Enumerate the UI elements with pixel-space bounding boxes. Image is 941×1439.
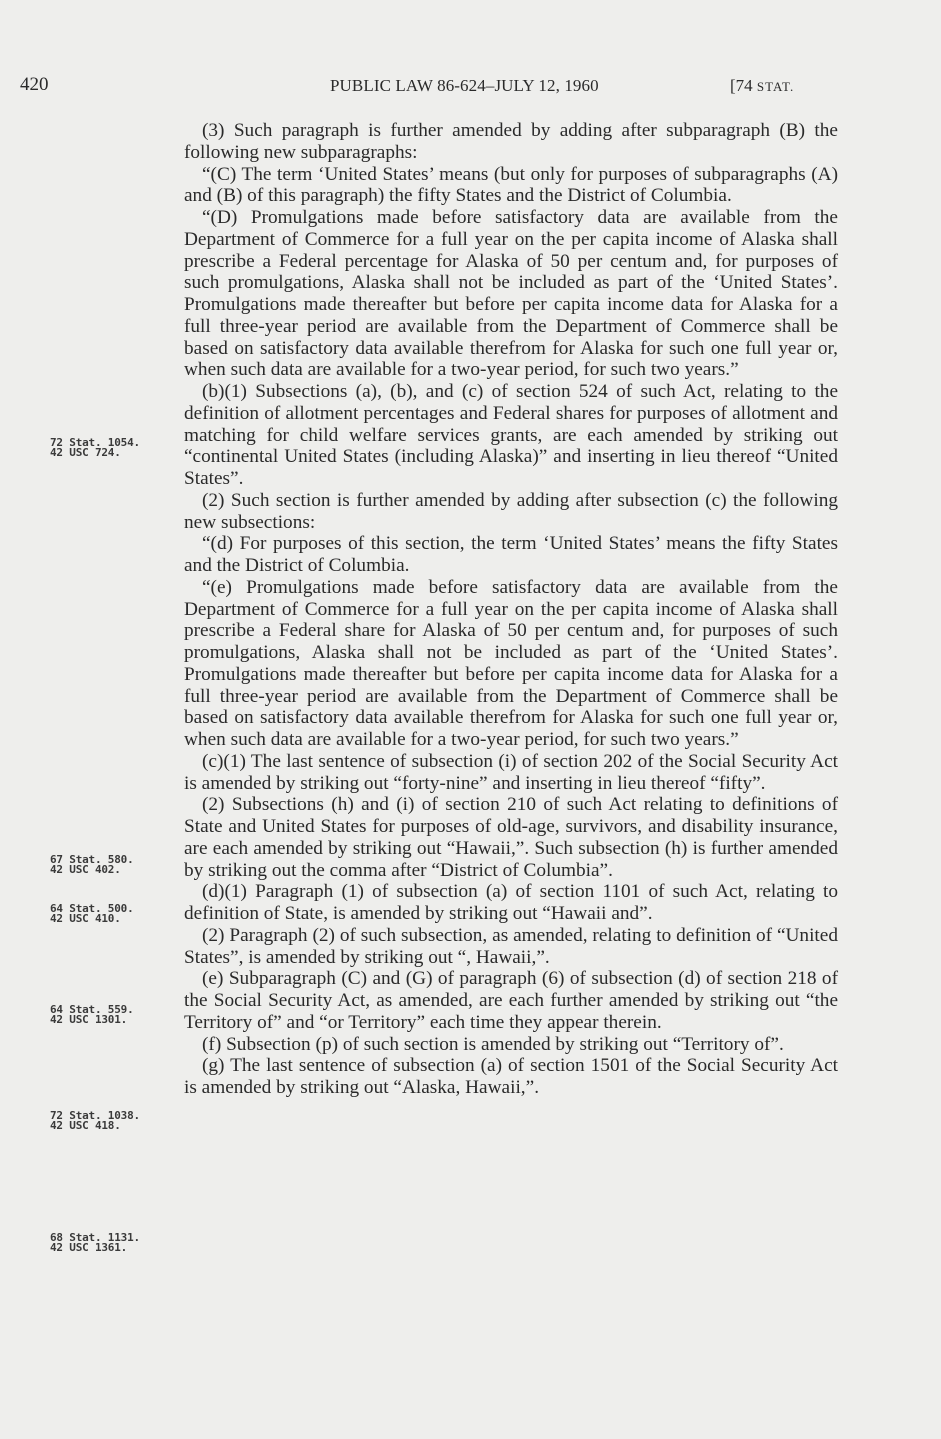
usc-citation: 42 USC 724. — [50, 448, 140, 458]
paragraph: (2) Paragraph (2) of such subsection, as… — [184, 925, 838, 969]
usc-citation: 42 USC 410. — [50, 914, 134, 924]
usc-citation: 42 USC 418. — [50, 1121, 140, 1131]
page-number: 420 — [20, 74, 49, 96]
paragraph: (g) The last sentence of subsection (a) … — [184, 1055, 838, 1099]
page-header: 420 PUBLIC LAW 86-624–JULY 12, 1960 [74 … — [0, 74, 941, 102]
margin-citation: 72 Stat. 1054. 42 USC 724. — [50, 438, 140, 458]
margin-citation: 68 Stat. 1131. 42 USC 1361. — [50, 1233, 140, 1253]
paragraph: (2) Subsections (h) and (i) of section 2… — [184, 794, 838, 881]
usc-citation: 42 USC 1361. — [50, 1243, 140, 1253]
usc-citation: 42 USC 402. — [50, 865, 134, 875]
paragraph: (c)(1) The last sentence of subsection (… — [184, 751, 838, 795]
usc-citation: 42 USC 1301. — [50, 1015, 134, 1025]
margin-citation: 64 Stat. 500. 42 USC 410. — [50, 904, 134, 924]
paragraph: (e) Subparagraph (C) and (G) of paragrap… — [184, 968, 838, 1033]
volume-prefix: [74 — [730, 76, 757, 95]
paragraph: (2) Such section is further amended by a… — [184, 490, 838, 534]
paragraph: (3) Such paragraph is further amended by… — [184, 120, 838, 164]
document-page: 420 PUBLIC LAW 86-624–JULY 12, 1960 [74 … — [0, 0, 941, 1439]
paragraph: “(C) The term ‘United States’ means (but… — [184, 164, 838, 208]
paragraph: (f) Subsection (p) of such section is am… — [184, 1034, 838, 1056]
running-title: PUBLIC LAW 86-624–JULY 12, 1960 — [330, 76, 599, 96]
margin-citation: 64 Stat. 559. 42 USC 1301. — [50, 1005, 134, 1025]
paragraph: (d)(1) Paragraph (1) of subsection (a) o… — [184, 881, 838, 925]
margin-citation: 67 Stat. 580. 42 USC 402. — [50, 855, 134, 875]
paragraph: “(e) Promulgations made before satisfact… — [184, 577, 838, 751]
volume-suffix: STAT. — [757, 79, 794, 94]
paragraph: (b)(1) Subsections (a), (b), and (c) of … — [184, 381, 838, 490]
volume-reference: [74 STAT. — [730, 76, 794, 96]
paragraph: “(D) Promulgations made before satisfact… — [184, 207, 838, 381]
body-text: (3) Such paragraph is further amended by… — [184, 120, 838, 1099]
margin-citation: 72 Stat. 1038. 42 USC 418. — [50, 1111, 140, 1131]
paragraph: “(d) For purposes of this section, the t… — [184, 533, 838, 577]
